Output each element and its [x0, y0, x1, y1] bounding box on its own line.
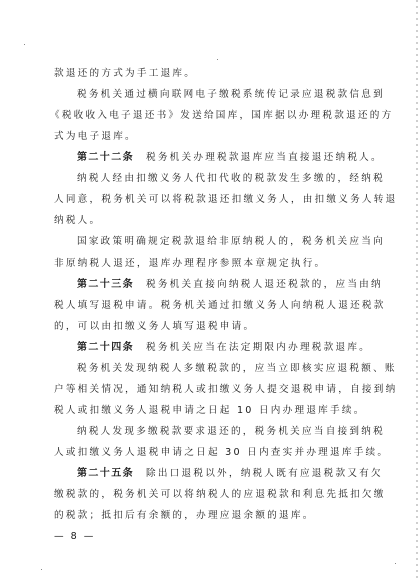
text-line: 人或扣缴义务人退税申请之日起 30 日内查实并办理退库手续。	[54, 446, 389, 460]
text-line: 税务机关发现纳税人多缴税款的，应当立即核实应退税额、账	[77, 362, 397, 376]
text-line: 款退还的方式为手工退库。	[54, 67, 196, 81]
scan-speck	[24, 44, 25, 45]
text-line: 税务机关通过横向联网电子缴税系统传记录应退税款信息到	[77, 88, 385, 102]
article-text: 税务机关直接向纳税人退还税款的，应当由纳	[146, 279, 383, 290]
text-line: 的，可以由扣缴义务人填写退税申请。	[54, 320, 255, 334]
text-line: 纳税人经由扣缴义务人代扣代收的税款发生多缴的，经纳税	[77, 172, 385, 186]
scan-speck	[41, 569, 42, 570]
text-line: 式为电子退库。	[54, 130, 137, 144]
article-text: 除出口退税以外，纳税人既有应退税款又有欠	[146, 468, 383, 479]
text-line: 非原纳税人退还，退库办理程序参照本章规定执行。	[54, 257, 326, 271]
article-text: 税务机关应当在法定期限内办理税款退库。	[146, 342, 371, 353]
article-24-line: 第二十四条税务机关应当在法定期限内办理税款退库。	[77, 341, 371, 355]
text-line: 国家政策明确规定税款退给非原纳税人的，税务机关应当向	[77, 235, 385, 249]
text-line: 户等相关情况，通知纳税人或扣缴义务人提交退税申请，自接到纳	[54, 383, 397, 397]
text-line: 人同意，税务机关可以将税款退还扣缴义务人，由扣缴义务人转退	[54, 193, 397, 207]
article-heading: 第二十二条	[77, 152, 134, 163]
text-line: 缴税款的，税务机关可以将纳税人的应退税款和利息先抵扣欠缴	[54, 488, 386, 502]
article-heading: 第二十三条	[77, 279, 134, 290]
text-line: 税人或扣缴义务人退税申请之日起 10 日内办理退库手续。	[54, 404, 366, 418]
article-23-line: 第二十三条税务机关直接向纳税人退还税款的，应当由纳	[77, 278, 383, 292]
article-22-line: 第二十二条税务机关办理税款退库应当直接退还纳税人。	[77, 151, 383, 165]
document-page: 款退还的方式为手工退库。 税务机关通过横向联网电子缴税系统传记录应退税款信息到 …	[0, 0, 418, 581]
article-text: 税务机关办理税款退库应当直接退还纳税人。	[146, 152, 383, 163]
article-25-line: 第二十五条除出口退税以外，纳税人既有应退税款又有欠	[77, 467, 383, 481]
article-heading: 第二十四条	[77, 342, 134, 353]
text-line: 纳税人。	[54, 214, 101, 228]
scan-speck	[395, 563, 396, 564]
page-number: — 8 —	[54, 530, 95, 544]
text-line: 的税款；抵扣后有余额的，办理应退余额的退库。	[54, 509, 315, 523]
text-line: 纳税人发现多缴税款要求退还的，税务机关应当自接到纳税	[77, 425, 385, 439]
text-line: 税人填写退税申请。税务机关通过扣缴义务人向纳税人退还税款	[54, 299, 386, 313]
scan-speck	[217, 59, 218, 60]
article-heading: 第二十五条	[77, 468, 134, 479]
text-line: 《税收收入电子退还书》发送给国库，国库据以办理税款退还的方	[50, 109, 393, 123]
